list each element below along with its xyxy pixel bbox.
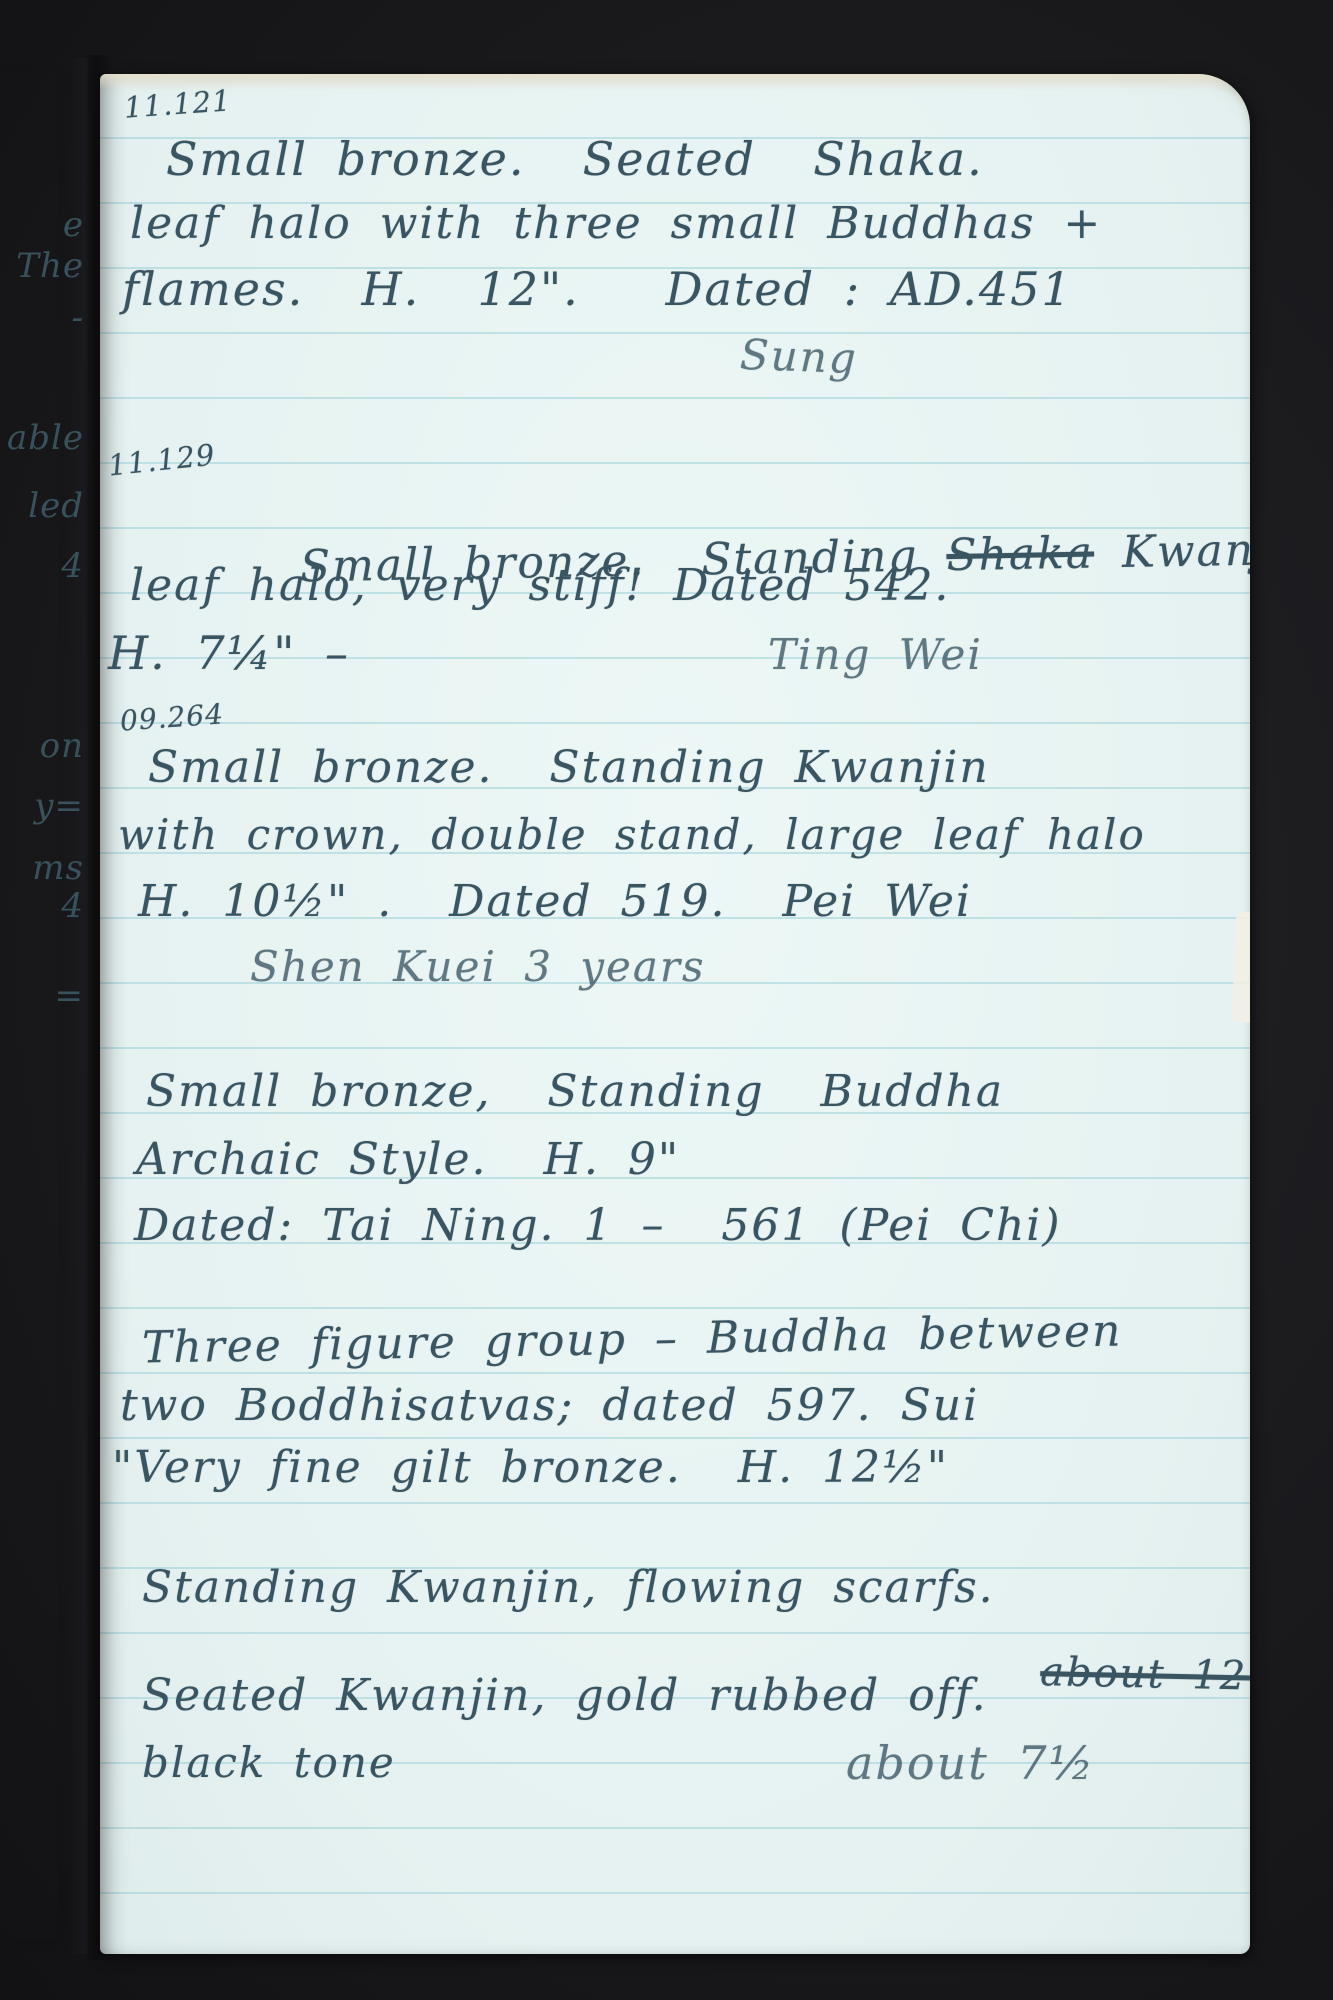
page-edge-fragment: y= <box>34 786 84 826</box>
page-edge-fragment: able <box>7 418 84 458</box>
handwritten-line: Standing Kwanjin, flowing scarfs. <box>142 1566 995 1610</box>
page-edge-fragment: 4 <box>61 886 84 926</box>
page-edge-fragment: e <box>63 205 84 245</box>
handwritten-line: Dated: Tai Ning. 1 – 561 (Pei Chi) <box>134 1204 1062 1248</box>
handwritten-line: Shen Kuei 3 years <box>250 946 706 988</box>
dynasty-annotation: Ting Wei <box>768 634 983 676</box>
dynasty-annotation: Sung <box>739 334 858 380</box>
page-edge-fragment: 4 <box>61 546 84 586</box>
accession-number: 11.129 <box>107 440 217 480</box>
page-edge-fragment: - <box>72 298 85 338</box>
handwritten-line: with crown, double stand, large leaf hal… <box>118 814 1146 856</box>
accession-number: 11.121 <box>123 86 232 122</box>
handwritten-line: two Boddhisatvas; dated 597. Sui <box>120 1384 979 1428</box>
handwritten-line: "Very fine gilt bronze. H. 12½" <box>112 1446 949 1490</box>
page-edge-fragment: led <box>28 486 84 526</box>
handwritten-line: flames. H. 12". Dated : AD.451 <box>122 266 1073 312</box>
page-edge-fragment: The <box>16 246 84 286</box>
page-tear <box>1232 912 1250 1023</box>
page-edge-fragment: ms <box>32 848 84 888</box>
handwritten-line: Seated Kwanjin, gold rubbed off. <box>142 1674 988 1718</box>
handwritten-line: black tone <box>142 1742 396 1784</box>
page-edge-fragment: = <box>55 976 85 1016</box>
handwritten-line: Small bronze. Seated Shaka. <box>166 136 984 182</box>
scan-background: e The - able led 4 on y= ms 4 = 11.121 S… <box>0 0 1333 2000</box>
handwritten-line: H. 10½" . Dated 519. Pei Wei <box>138 880 972 924</box>
handwritten-line: leaf halo with three small Buddhas + <box>130 202 1102 246</box>
handwritten-line: leaf halo, very stiff! Dated 542. <box>130 564 950 608</box>
struck-text: Shaka <box>946 528 1094 582</box>
handwritten-line: H. 7¼" – <box>108 630 350 676</box>
left-page-sliver: e The - able led 4 on y= ms 4 = <box>0 58 88 1954</box>
page-edge-fragment: on <box>40 726 84 766</box>
struck-text: about 12" <box>1040 1649 1250 1700</box>
handwritten-line: Small bronze. Standing Kwanjin <box>148 746 990 790</box>
handwritten-line: Small bronze, Standing Buddha <box>146 1070 1004 1114</box>
line-segment: Kwanjin <box>1094 524 1250 579</box>
handwritten-line: Archaic Style. H. 9" <box>136 1138 680 1182</box>
handwritten-line: Three figure group – Buddha between <box>142 1309 1123 1370</box>
notebook-page: 11.121 Small bronze. Seated Shaka. leaf … <box>100 74 1250 1954</box>
accession-number: 09.264 <box>119 700 225 735</box>
handwritten-line: about 7½ <box>846 1740 1095 1786</box>
